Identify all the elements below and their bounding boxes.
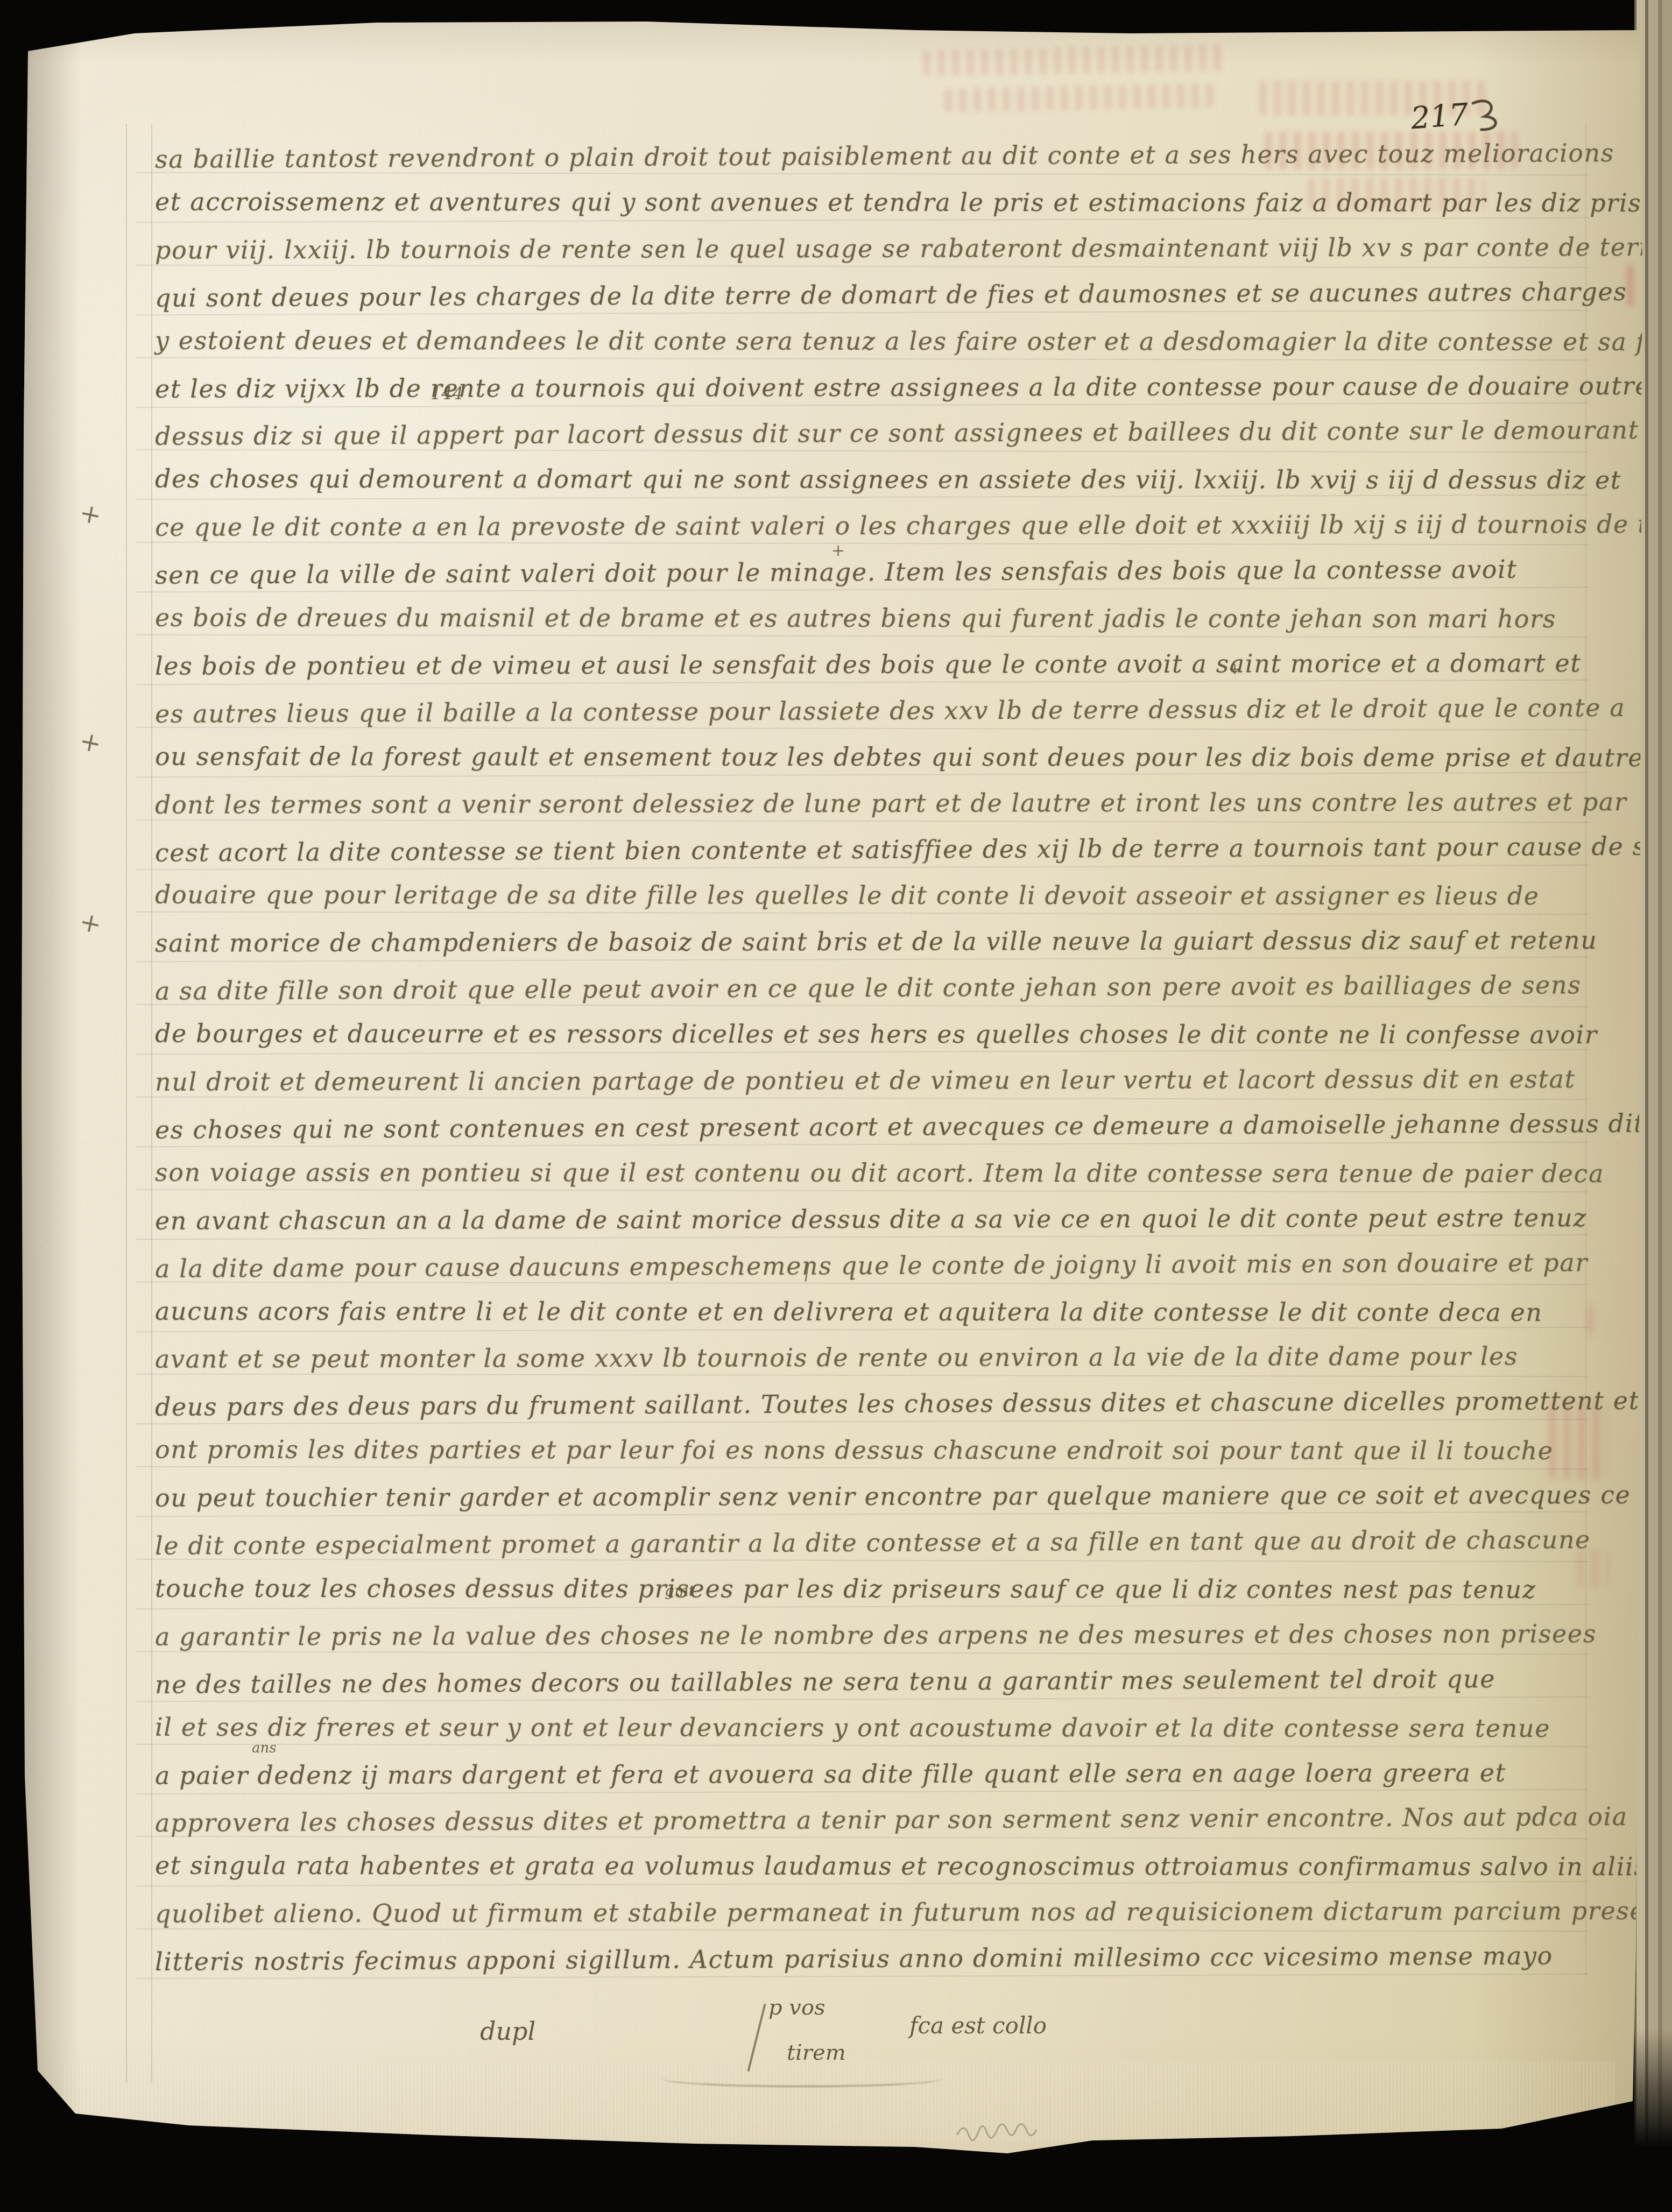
ruling-vertical-left-outer [126, 124, 127, 2082]
interlinear-number-144: 144 [431, 383, 463, 404]
edge-scribble [953, 2114, 1125, 2146]
text-line: ce que le dit conte a en la prevoste de … [155, 509, 1619, 542]
text-line: a la dite dame pour cause daucuns empesc… [155, 1247, 1619, 1284]
folio-number: 217 [1410, 95, 1504, 141]
folio-number-text: 217 [1410, 97, 1470, 136]
note-p-vos: p vos [768, 1995, 826, 2020]
note-tirem: tirem [787, 2040, 846, 2065]
text-line: saint morice de champdeniers de basoiz d… [155, 925, 1619, 958]
text-line: nul droit et demeurent li ancien partage… [155, 1064, 1619, 1097]
folio-flourish-icon [1469, 95, 1503, 137]
red-bleedthrough-top-2 [944, 84, 1214, 112]
text-line: douaire que pour leritage de sa dite fil… [155, 880, 1619, 911]
text-line: es autres lieus que il baille a la conte… [155, 692, 1619, 729]
text-line: des choses qui demourent a domart qui ne… [155, 464, 1619, 495]
text-line: ont promis les dites parties et par leur… [155, 1434, 1619, 1466]
note-flourish-underline [662, 2070, 942, 2087]
text-line: a paier dedenz ij mars dargent et fera e… [155, 1757, 1619, 1791]
text-line: sa baillie tantost revendront o plain dr… [155, 138, 1619, 174]
text-line: cest acort la dite contesse se tient bie… [155, 831, 1619, 868]
text-line: et accroissemenz et aventures qui y sont… [155, 187, 1619, 218]
text-line: ou peut touchier tenir garder et acompli… [155, 1480, 1619, 1513]
interlinear-word-ans: ans [252, 1740, 277, 1756]
red-bleedthrough-top-1 [923, 45, 1225, 76]
text-line: de bourges et dauceurre et es ressors di… [155, 1019, 1619, 1050]
text-line: a garantir le pris ne la value des chose… [155, 1619, 1619, 1652]
text-line: ne des tailles ne des homes decors ou ta… [155, 1663, 1619, 1700]
text-line: touche touz les choses dessus dites pris… [155, 1573, 1619, 1605]
text-line: quolibet alieno. Quod ut firmum et stabi… [155, 1896, 1619, 1929]
text-line: es choses qui ne sont contenues en cest … [155, 1108, 1619, 1145]
text-line: en avant chascun an a la dame de saint m… [155, 1203, 1619, 1236]
text-line: litteris nostris fecimus apponi sigillum… [155, 1940, 1619, 1977]
ruling-vertical-left-inner [151, 124, 152, 2082]
text-line: ou sensfait de la forest gault et enseme… [155, 741, 1619, 773]
text-line: pour viij. lxxiij. lb tournois de rente … [155, 232, 1619, 265]
text-line: et les diz vijxx lb de rente a tournois … [155, 371, 1619, 404]
red-mark-right-edge-1 [1626, 265, 1640, 307]
text-line: qui sont deues pour les charges de la di… [155, 277, 1619, 313]
insertion-caret: + [1228, 660, 1241, 679]
manuscript-page: 217 sa baillie tantost revendront o plai… [0, 0, 1672, 2212]
text-line: es bois de dreues du maisnil et de brame… [155, 603, 1619, 634]
text-line: aucuns acors fais entre li et le dit con… [155, 1296, 1619, 1327]
interlinear-word-gmt: gmt [665, 1582, 695, 1600]
manuscript-scan: 217 sa baillie tantost revendront o plai… [0, 0, 1672, 2212]
insertion-caret: + [831, 541, 845, 560]
text-line: le dit conte especialment promet a garan… [155, 1524, 1619, 1561]
text-line: son voiage assis en pontieu si que il es… [155, 1157, 1619, 1189]
text-line: y estoient deues et demandees le dit con… [155, 325, 1619, 356]
text-line: sen ce que la ville de saint valeri doit… [155, 554, 1619, 590]
text-line: il et ses diz freres et seur y ont et le… [155, 1712, 1619, 1743]
note-fca-est-collo: fca est collo [909, 2012, 1047, 2039]
text-line: les bois de pontieu et de vimeu et ausi … [155, 648, 1619, 681]
text-line: et singula rata habentes et grata ea vol… [155, 1850, 1619, 1882]
text-line: avant et se peut monter la some xxxv lb … [155, 1341, 1619, 1375]
note-dupl: dupl [480, 2017, 535, 2046]
text-line: dont les termes sont a venir seront dele… [155, 787, 1619, 820]
